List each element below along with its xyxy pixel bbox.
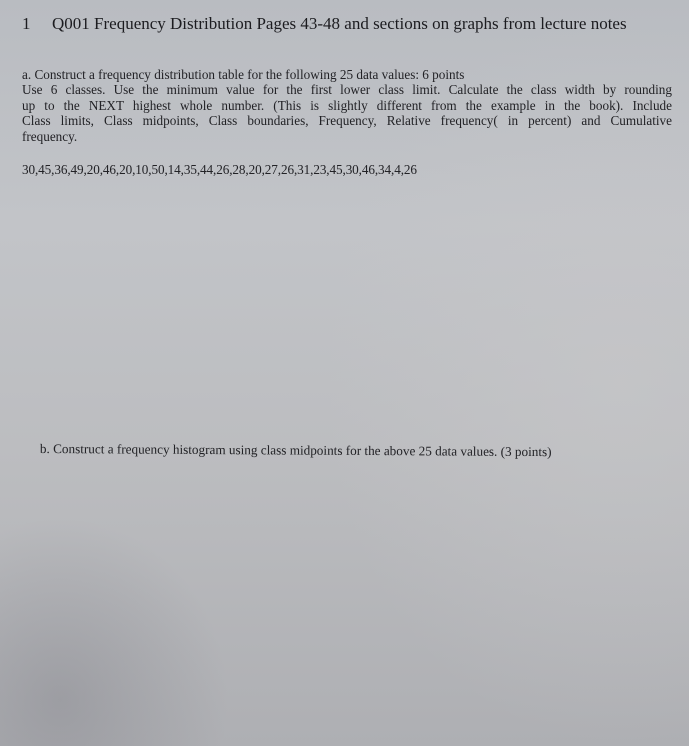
- part-a-instructions: a. Construct a frequency distribution ta…: [22, 67, 672, 144]
- part-a-line: frequency.: [22, 129, 672, 144]
- part-a-line: Class limits, Class midpoints, Class bou…: [22, 113, 672, 128]
- part-a-line: up to the NEXT highest whole number. (Th…: [22, 98, 672, 113]
- part-a-line: a. Construct a frequency distribution ta…: [22, 67, 672, 82]
- part-b-instructions: b. Construct a frequency histogram using…: [40, 441, 670, 461]
- part-a-line: Use 6 classes. Use the minimum value for…: [22, 82, 672, 97]
- part-a-answer-space: [22, 190, 672, 430]
- worksheet-page: 1 Q001 Frequency Distribution Pages 43-4…: [0, 0, 689, 746]
- part-b-answer-space: [22, 465, 672, 735]
- data-values: 30,45,36,49,20,46,20,10,50,14,35,44,26,2…: [22, 162, 417, 178]
- section-title: Q001 Frequency Distribution Pages 43-48 …: [52, 13, 672, 35]
- section-number: 1: [22, 13, 44, 35]
- section-heading: 1 Q001 Frequency Distribution Pages 43-4…: [22, 13, 672, 35]
